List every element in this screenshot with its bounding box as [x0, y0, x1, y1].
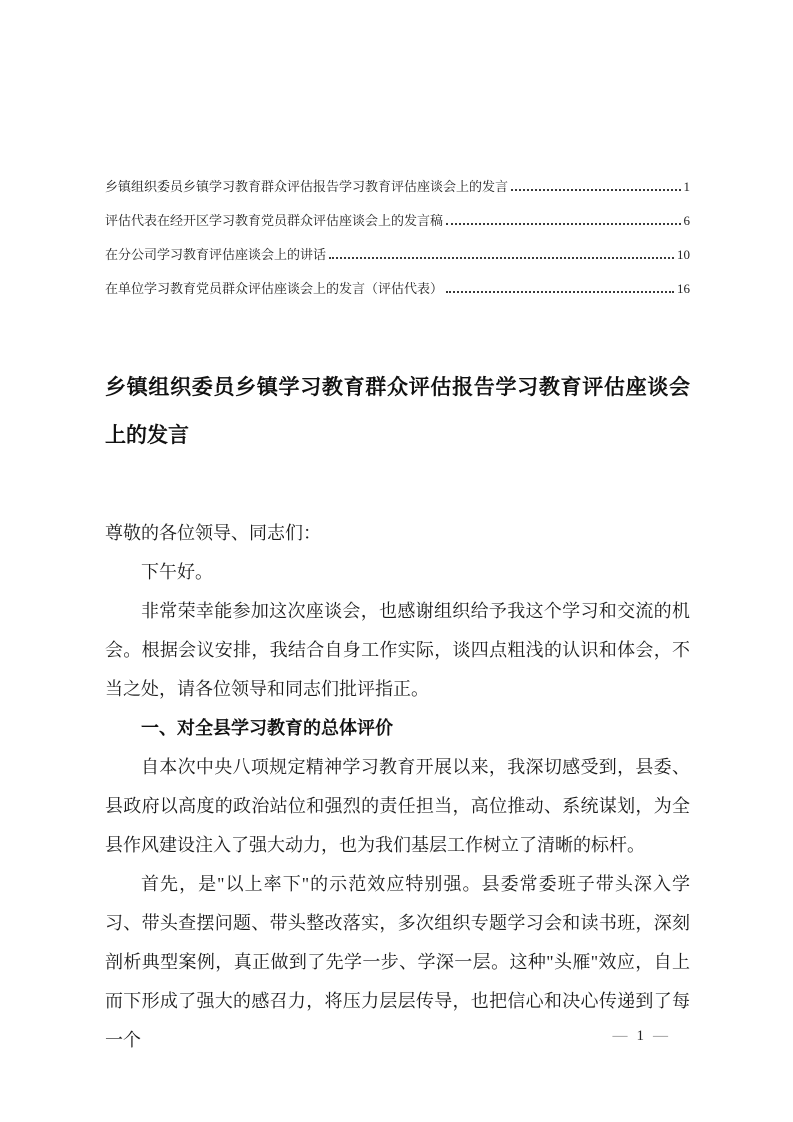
toc-entry-page-number: 10: [677, 238, 690, 272]
intro-paragraph: 非常荣幸能参加这次座谈会，也感谢组织给予我这个学习和交流的机会。根据会议安排，我…: [105, 592, 690, 709]
toc-dot-leader: [511, 189, 680, 191]
footer-left-dash: —: [613, 1028, 628, 1044]
document-page: 乡镇组织委员乡镇学习教育群众评估报告学习教育评估座谈会上的发言 1 评估代表在经…: [0, 0, 793, 1122]
greeting-line: 下午好。: [105, 553, 690, 592]
toc-entry-title[interactable]: 乡镇组织委员乡镇学习教育群众评估报告学习教育评估座谈会上的发言: [105, 170, 508, 204]
toc-entry[interactable]: 乡镇组织委员乡镇学习教育群众评估报告学习教育评估座谈会上的发言 1: [105, 170, 690, 204]
page-number-footer: —1—: [604, 1028, 678, 1045]
toc-entry[interactable]: 评估代表在经开区学习教育党员群众评估座谈会上的发言稿 6: [105, 204, 690, 238]
footer-right-dash: —: [653, 1028, 668, 1044]
document-body: 尊敬的各位领导、同志们： 下午好。 非常荣幸能参加这次座谈会，也感谢组织给予我这…: [105, 514, 690, 1060]
toc-entry-title[interactable]: 在分公司学习教育评估座谈会上的讲话: [105, 238, 326, 272]
toc-dot-leader: [446, 223, 680, 225]
document-title: 乡镇组织委员乡镇学习教育群众评估报告学习教育评估座谈会上的发言: [105, 364, 690, 460]
toc-dot-leader: [446, 291, 674, 293]
table-of-contents: 乡镇组织委员乡镇学习教育群众评估报告学习教育评估座谈会上的发言 1 评估代表在经…: [105, 170, 690, 306]
toc-entry[interactable]: 在分公司学习教育评估座谈会上的讲话 10: [105, 238, 690, 272]
salutation-line: 尊敬的各位领导、同志们：: [105, 514, 690, 553]
footer-page-number: 1: [637, 1028, 645, 1044]
toc-dot-leader: [329, 257, 674, 259]
toc-entry-title[interactable]: 评估代表在经开区学习教育党员群众评估座谈会上的发言稿: [105, 204, 443, 238]
section-1-heading: 一、对全县学习教育的总体评价: [105, 709, 690, 748]
section-1-paragraph-2: 首先，是"以上率下"的示范效应特别强。县委常委班子带头深入学习、带头查摆问题、带…: [105, 865, 690, 1060]
toc-entry-page-number: 6: [684, 204, 691, 238]
section-1-paragraph-1: 自本次中央八项规定精神学习教育开展以来，我深切感受到，县委、县政府以高度的政治站…: [105, 748, 690, 865]
toc-entry-page-number: 16: [677, 272, 690, 306]
toc-entry-page-number: 1: [684, 170, 691, 204]
toc-entry-title[interactable]: 在单位学习教育党员群众评估座谈会上的发言（评估代表）: [105, 272, 443, 306]
toc-entry[interactable]: 在单位学习教育党员群众评估座谈会上的发言（评估代表） 16: [105, 272, 690, 306]
